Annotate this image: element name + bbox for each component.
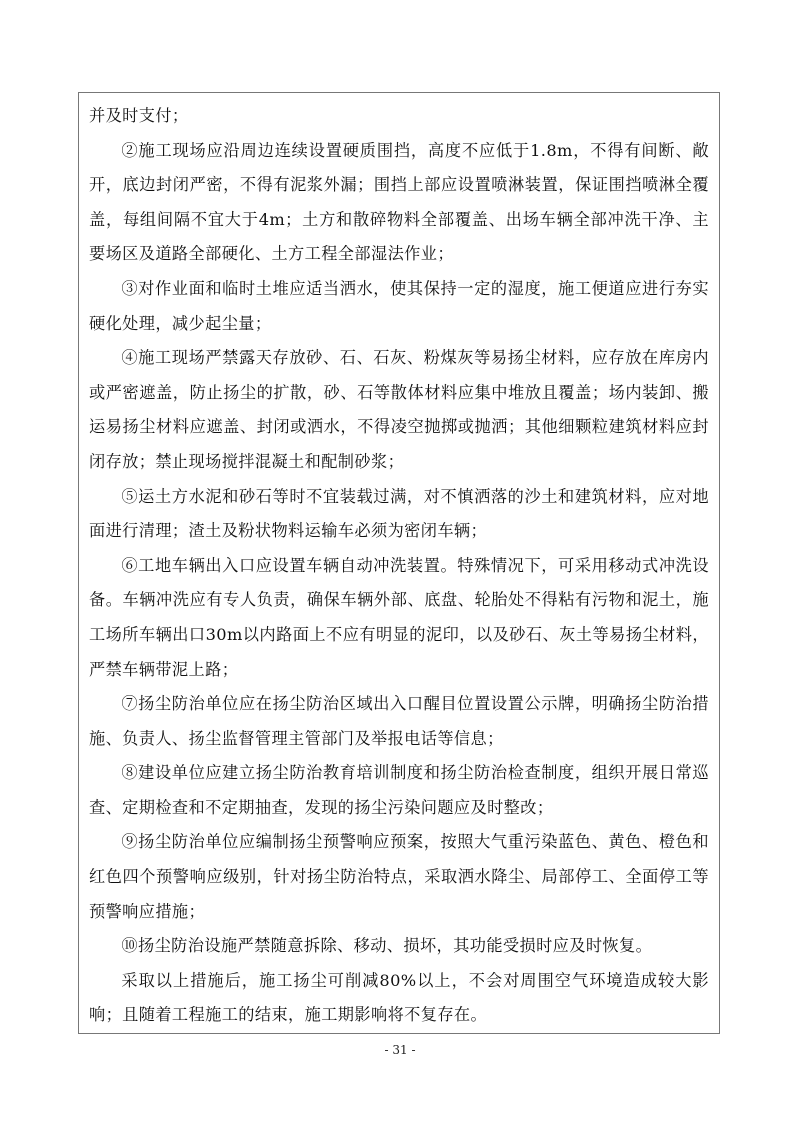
paragraph-conclusion: 采取以上措施后，施工扬尘可削减80%以上，不会对周围空气环境造成较大影响；且随着… — [89, 964, 709, 1033]
paragraph-item-8: ⑧建设单位应建立扬尘防治教育培训制度和扬尘防治检查制度，组织开展日常巡查、定期检… — [89, 756, 709, 825]
paragraph-item-2: ②施工现场应沿周边连续设置硬质围挡，高度不应低于1.8m，不得有间断、敞开，底边… — [89, 134, 709, 272]
paragraph-item-7: ⑦扬尘防治单位应在扬尘防治区域出入口醒目位置设置公示牌，明确扬尘防治措施、负责人… — [89, 687, 709, 756]
paragraph-continuation: 并及时支付； — [89, 99, 709, 134]
content-table-frame: 并及时支付； ②施工现场应沿周边连续设置硬质围挡，高度不应低于1.8m，不得有间… — [78, 92, 720, 1034]
page-number: - 31 - — [0, 1043, 800, 1057]
paragraph-item-4: ④施工现场严禁露天存放砂、石、石灰、粉煤灰等易扬尘材料，应存放在库房内或严密遮盖… — [89, 341, 709, 479]
paragraph-item-5: ⑤运土方水泥和砂石等时不宜装载过满，对不慎洒落的沙土和建筑材料，应对地面进行清理… — [89, 480, 709, 549]
paragraph-item-3: ③对作业面和临时土堆应适当洒水，使其保持一定的湿度，施工便道应进行夯实硬化处理，… — [89, 272, 709, 341]
paragraph-item-9: ⑨扬尘防治单位应编制扬尘预警响应预案，按照大气重污染蓝色、黄色、橙色和红色四个预… — [89, 825, 709, 929]
document-body: 并及时支付； ②施工现场应沿周边连续设置硬质围挡，高度不应低于1.8m，不得有间… — [89, 99, 709, 1033]
paragraph-item-10: ⑩扬尘防治设施严禁随意拆除、移动、损坏，其功能受损时应及时恢复。 — [89, 929, 709, 964]
paragraph-item-6: ⑥工地车辆出入口应设置车辆自动冲洗装置。特殊情况下，可采用移动式冲洗设备。车辆冲… — [89, 549, 709, 687]
